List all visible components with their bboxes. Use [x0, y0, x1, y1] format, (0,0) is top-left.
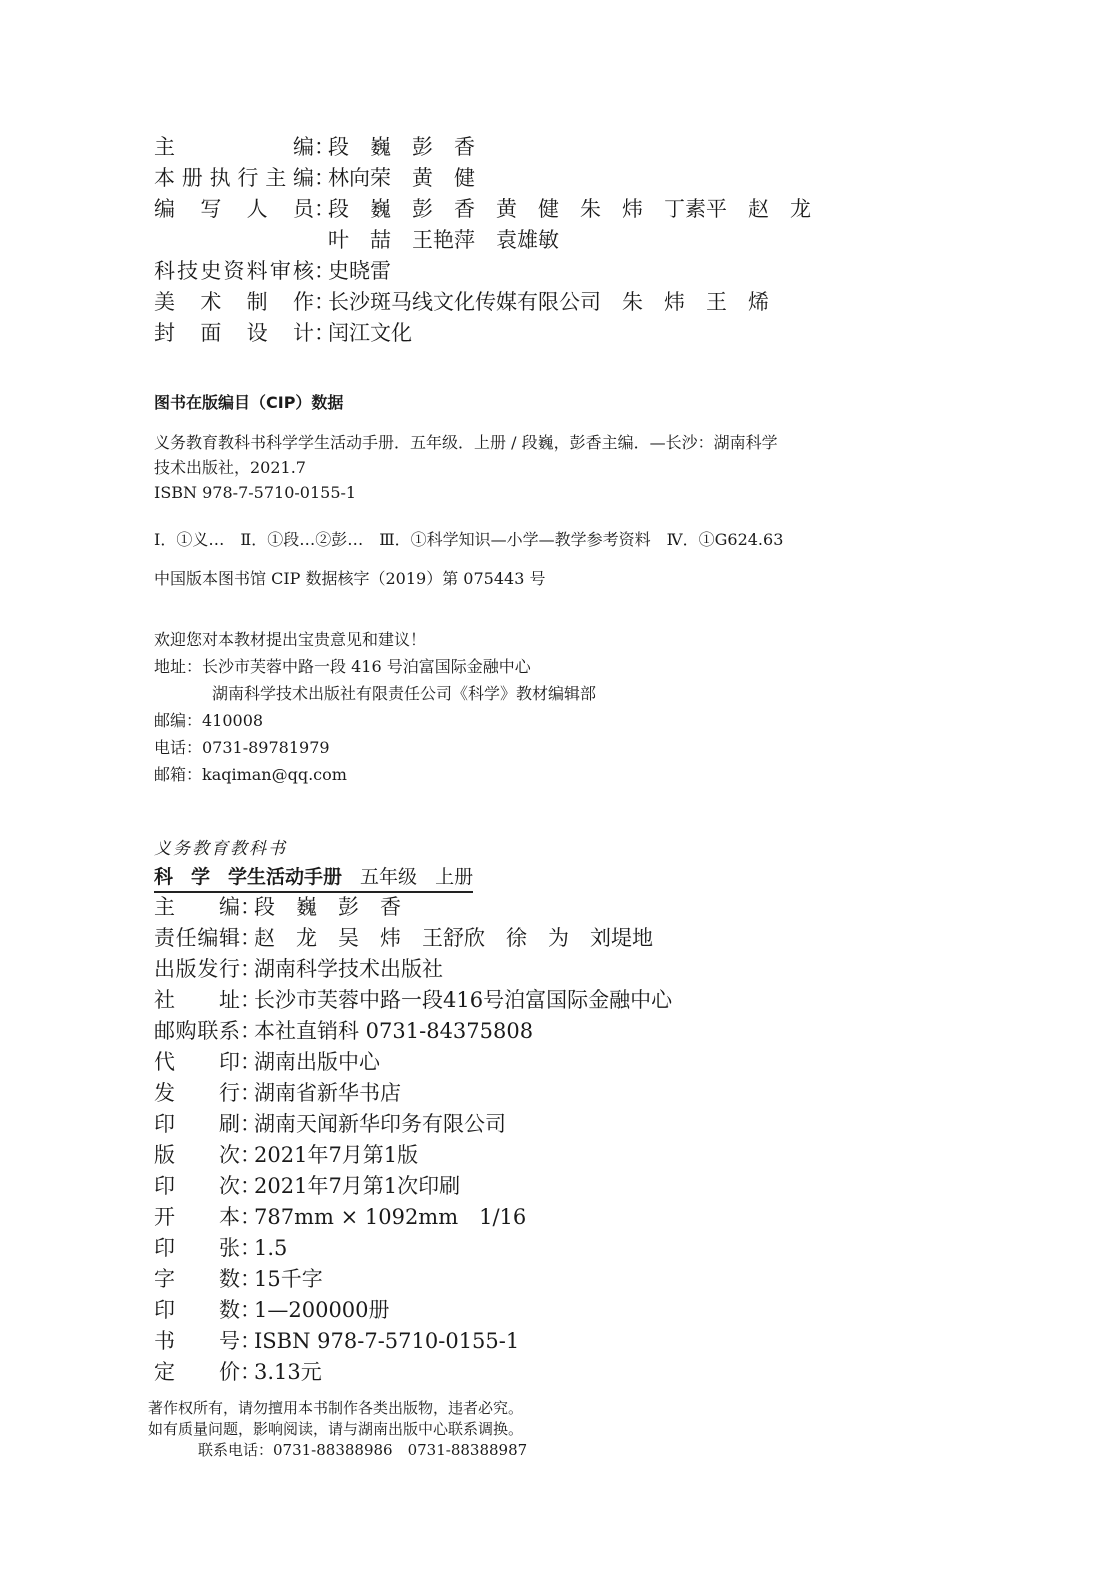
- colon: ：: [314, 132, 328, 163]
- credit-row: 封面设计：闰江文化: [154, 318, 811, 349]
- colon: ：: [240, 1295, 254, 1326]
- imprint-label: 书号: [154, 1326, 240, 1357]
- contact-phone: 电话：0731-89781979: [154, 734, 596, 761]
- book-title: 科学学生活动手册五年级上册: [154, 862, 473, 893]
- colon: ：: [314, 194, 328, 225]
- imprint-label: 邮购联系: [154, 1016, 240, 1047]
- imprint-row: 印刷：湖南天闻新华印务有限公司: [154, 1109, 672, 1140]
- contact-postcode: 邮编：410008: [154, 707, 596, 734]
- imprint-value: 本社直销科 0731-84375808: [254, 1019, 533, 1043]
- credit-label: 主编: [154, 132, 314, 163]
- credit-row: 主编：段 巍 彭 香: [154, 132, 811, 163]
- imprint-label: 社址: [154, 985, 240, 1016]
- imprint-label: 主编: [154, 892, 240, 923]
- credit-value: 段 巍 彭 香 黄 健 朱 炜 丁素平 赵 龙: [328, 197, 811, 221]
- imprint-value: 2021年7月第1次印刷: [254, 1174, 460, 1198]
- imprint-value: 1—200000册: [254, 1298, 390, 1322]
- credits-block: 主编：段 巍 彭 香 本册执行主编：林向荣 黄 健 编写人员：段 巍 彭 香 黄…: [154, 132, 811, 349]
- cip-line: 技术出版社，2021.7: [154, 455, 778, 480]
- imprint-label: 印数: [154, 1295, 240, 1326]
- credit-label: 科技史资料审核: [154, 256, 314, 287]
- imprint-row: 印张：1.5: [154, 1233, 672, 1264]
- credit-value: 林向荣 黄 健: [328, 166, 475, 190]
- credit-row: 编写人员：段 巍 彭 香 黄 健 朱 炜 丁素平 赵 龙: [154, 194, 811, 225]
- colon: ：: [314, 163, 328, 194]
- cip-classification: Ⅰ．①义… Ⅱ．①段…②彭… Ⅲ．①科学知识—小学—教学参考资料 Ⅳ．①G624…: [154, 527, 783, 552]
- cip-block: 义务教育教科书科学学生活动手册．五年级．上册 / 段巍，彭香主编．—长沙：湖南科…: [154, 430, 778, 505]
- book-title-row: 科学学生活动手册五年级上册: [154, 862, 473, 893]
- credit-value: 叶 喆 王艳萍 袁雄敏: [328, 228, 559, 252]
- title-word: 学生活动手册: [228, 866, 342, 888]
- imprint-value: 2021年7月第1版: [254, 1143, 418, 1167]
- credit-value: 长沙斑马线文化传媒有限公司 朱 炜 王 烯: [328, 290, 769, 314]
- colon: ：: [240, 985, 254, 1016]
- colon: ：: [240, 954, 254, 985]
- colon: ：: [240, 1047, 254, 1078]
- colon: ：: [240, 1326, 254, 1357]
- imprint-value: 湖南科学技术出版社: [254, 957, 443, 981]
- imprint-label: 印刷: [154, 1109, 240, 1140]
- colon: ：: [240, 1171, 254, 1202]
- contact-address-continued: 湖南科学技术出版社有限责任公司《科学》教材编辑部: [154, 680, 596, 707]
- imprint-label: 印次: [154, 1171, 240, 1202]
- imprint-label: 版次: [154, 1140, 240, 1171]
- imprint-label: 字数: [154, 1264, 240, 1295]
- imprint-row: 责任编辑：赵 龙 吴 炜 王舒欣 徐 为 刘堤地: [154, 923, 672, 954]
- contact-email: 邮箱：kaqiman@qq.com: [154, 761, 596, 788]
- colon: ：: [240, 1078, 254, 1109]
- colon: ：: [314, 318, 328, 349]
- imprint-row: 印次：2021年7月第1次印刷: [154, 1171, 672, 1202]
- imprint-row: 代印：湖南出版中心: [154, 1047, 672, 1078]
- credit-label: 编写人员: [154, 194, 314, 225]
- imprint-value: 赵 龙 吴 炜 王舒欣 徐 为 刘堤地: [254, 926, 653, 950]
- imprint-value: 长沙市芙蓉中路一段416号泊富国际金融中心: [254, 988, 672, 1012]
- colon: ：: [240, 1264, 254, 1295]
- colon: ：: [240, 892, 254, 923]
- address-label: 地址：: [154, 657, 202, 676]
- cip-record: 中国版本图书馆 CIP 数据核字（2019）第 075443 号: [154, 566, 545, 591]
- title-word: 科: [154, 866, 173, 888]
- imprint-row: 主编：段 巍 彭 香: [154, 892, 672, 923]
- imprint-value: 湖南天闻新华印务有限公司: [254, 1112, 506, 1136]
- imprint-row: 出版发行：湖南科学技术出版社: [154, 954, 672, 985]
- credit-row: 本册执行主编：林向荣 黄 健: [154, 163, 811, 194]
- credit-row: 科技史资料审核：史晓雷: [154, 256, 811, 287]
- colon: ：: [240, 1016, 254, 1047]
- contact-welcome: 欢迎您对本教材提出宝贵意见和建议！: [154, 626, 596, 653]
- cip-isbn: ISBN 978-7-5710-0155-1: [154, 480, 778, 505]
- colon: ：: [240, 1233, 254, 1264]
- colon: ：: [314, 256, 328, 287]
- imprint-row: 开本：787mm × 1092mm 1/16: [154, 1202, 672, 1233]
- title-volume: 上册: [435, 866, 473, 888]
- imprint-value: 1.5: [254, 1236, 287, 1260]
- imprint-label: 代印: [154, 1047, 240, 1078]
- title-grade: 五年级: [360, 866, 417, 888]
- imprint-label: 出版发行: [154, 954, 240, 985]
- imprint-label: 定价: [154, 1357, 240, 1388]
- imprint-value: 3.13元: [254, 1360, 322, 1384]
- imprint-row: 书号：ISBN 978-7-5710-0155-1: [154, 1326, 672, 1357]
- imprint-value: 15千字: [254, 1267, 323, 1291]
- credit-value: 闰江文化: [328, 321, 412, 345]
- imprint-row: 印数：1—200000册: [154, 1295, 672, 1326]
- imprint-row: 社址：长沙市芙蓉中路一段416号泊富国际金融中心: [154, 985, 672, 1016]
- credit-value: 史晓雷: [328, 259, 391, 283]
- credit-value: 段 巍 彭 香: [328, 135, 475, 159]
- address-line: 长沙市芙蓉中路一段 416 号泊富国际金融中心: [202, 657, 531, 676]
- notice-line: 著作权所有，请勿擅用本书制作各类出版物，违者必究。: [148, 1398, 527, 1419]
- notice-phone: 联系电话：0731-88388986 0731-88388987: [148, 1440, 527, 1461]
- credit-label: 美术制作: [154, 287, 314, 318]
- colon: ：: [314, 287, 328, 318]
- credit-label: 封面设计: [154, 318, 314, 349]
- imprint-value: ISBN 978-7-5710-0155-1: [254, 1329, 519, 1353]
- credit-row: 美术制作：长沙斑马线文化传媒有限公司 朱 炜 王 烯: [154, 287, 811, 318]
- colon: ：: [240, 1357, 254, 1388]
- imprint-value: 段 巍 彭 香: [254, 895, 401, 919]
- imprint-label: 开本: [154, 1202, 240, 1233]
- imprint-row: 版次：2021年7月第1版: [154, 1140, 672, 1171]
- colon: ：: [240, 1202, 254, 1233]
- imprint-row: 邮购联系：本社直销科 0731-84375808: [154, 1016, 672, 1047]
- imprint-label: 发行: [154, 1078, 240, 1109]
- credit-label: 本册执行主编: [154, 163, 314, 194]
- imprint-value: 湖南出版中心: [254, 1050, 380, 1074]
- imprint-row: 定价：3.13元: [154, 1357, 672, 1388]
- imprint-label: 责任编辑: [154, 923, 240, 954]
- imprint-row: 发行：湖南省新华书店: [154, 1078, 672, 1109]
- title-word: 学: [191, 866, 210, 888]
- series-name: 义务教育教科书: [154, 834, 287, 859]
- colon: ：: [240, 1140, 254, 1171]
- cip-line: 义务教育教科书科学学生活动手册．五年级．上册 / 段巍，彭香主编．—长沙：湖南科…: [154, 430, 778, 455]
- cip-title: 图书在版编目（CIP）数据: [154, 390, 343, 413]
- colon: ：: [240, 1109, 254, 1140]
- notice-line: 如有质量问题，影响阅读，请与湖南出版中心联系调换。: [148, 1419, 527, 1440]
- imprint-value: 湖南省新华书店: [254, 1081, 401, 1105]
- copyright-notice: 著作权所有，请勿擅用本书制作各类出版物，违者必究。 如有质量问题，影响阅读，请与…: [148, 1398, 527, 1461]
- imprint-value: 787mm × 1092mm 1/16: [254, 1205, 526, 1229]
- imprint-label: 印张: [154, 1233, 240, 1264]
- credit-row-continued: 叶 喆 王艳萍 袁雄敏: [154, 225, 811, 256]
- colon: ：: [240, 923, 254, 954]
- contact-address: 地址：长沙市芙蓉中路一段 416 号泊富国际金融中心: [154, 653, 596, 680]
- imprint-block: 主编：段 巍 彭 香 责任编辑：赵 龙 吴 炜 王舒欣 徐 为 刘堤地 出版发行…: [154, 892, 672, 1388]
- imprint-row: 字数：15千字: [154, 1264, 672, 1295]
- contact-block: 欢迎您对本教材提出宝贵意见和建议！ 地址：长沙市芙蓉中路一段 416 号泊富国际…: [154, 626, 596, 788]
